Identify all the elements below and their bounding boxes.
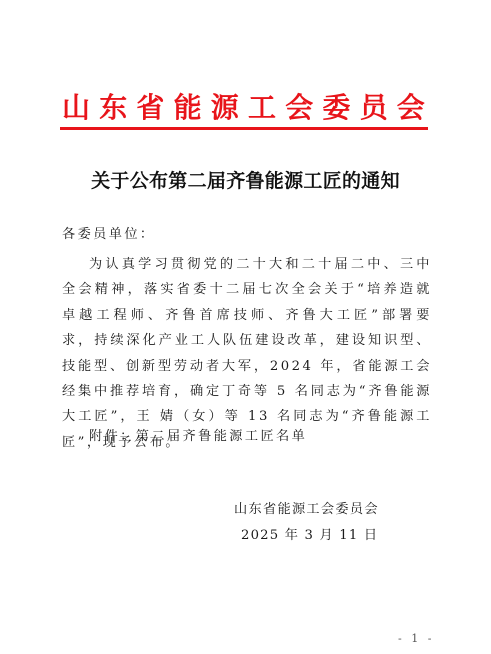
- attachment-line: 附件：第二届齐鲁能源工匠名单: [89, 428, 307, 446]
- signature-date: 2025 年 3 月 11 日: [241, 524, 378, 543]
- signature-organization: 山东省能源工会委员会: [234, 498, 379, 517]
- salutation: 各委员单位：: [62, 226, 156, 244]
- body-paragraph: 为认真学习贯彻党的二十大和二十届二中、三中全会精神，落实省委十二届七次全会关于“…: [62, 252, 432, 455]
- letterhead-org-name: 山东省能源工会委员会: [62, 92, 418, 124]
- document-title: 关于公布第二届齐鲁能源工匠的通知: [0, 168, 491, 194]
- letterhead-red-divider: [60, 127, 428, 130]
- page-number: - 1 -: [398, 632, 434, 645]
